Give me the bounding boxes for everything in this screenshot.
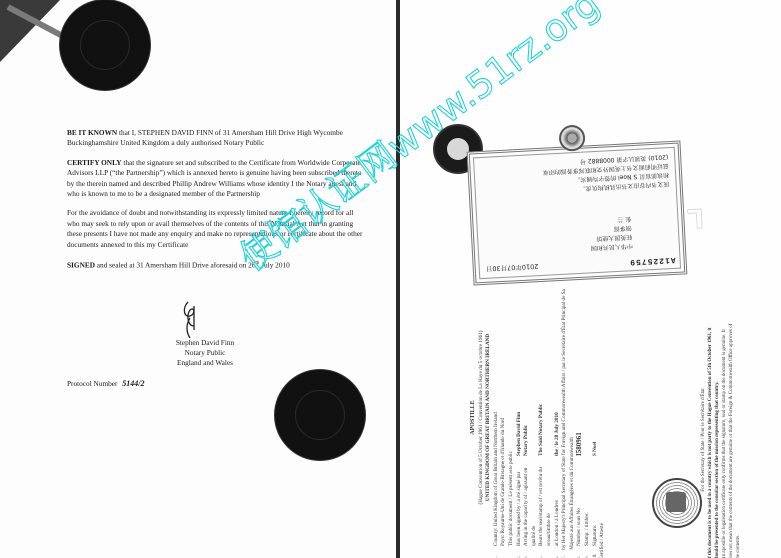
embassy-legalization-stamp: A1225759 2010年07月30日 中华人民共和国 驻英国大使馆 领事部 … (467, 140, 688, 285)
apostille-row: This public document / Le présent acte p… (508, 275, 516, 558)
row-num: 10. (592, 546, 600, 558)
row-label: at London / à Londres (554, 456, 562, 546)
row-value: Stephen David Finn (516, 412, 524, 456)
be-it-known-paragraph: BE IT KNOWN that I, STEPHEN DAVID FINN o… (67, 128, 367, 149)
notary-signature-block: Stephen David Finn Notary Public England… (150, 338, 260, 369)
row-num: 1. (493, 546, 501, 558)
signed-text: and sealed at 31 Amersham Hill Drive afo… (95, 260, 256, 269)
apostille-footer: For the Secretary of State / Pour le Sec… (700, 320, 742, 558)
signed-paragraph: SIGNED and sealed at 31 Amersham Hill Dr… (67, 259, 367, 271)
footer-note: An apostille or legalisation certificate… (721, 320, 742, 558)
row-value: S Noel (592, 442, 600, 456)
row-value: 28 July 2010 (554, 412, 562, 440)
apostille-number: I580961 (576, 432, 584, 456)
be-it-known-lead: BE IT KNOWN (67, 128, 117, 137)
row-num: 2. (516, 546, 524, 558)
apostille-row: 7.by Her Majesty's Principal Secretary o… (561, 275, 576, 558)
national-emblem-icon (558, 124, 585, 151)
seal-ring-icon (80, 20, 130, 70)
row-label: Country: United Kingdom of Great Britain… (493, 412, 501, 546)
legalization-issuer: 中华人民共和国 驻英国大使馆 领事部 张 兰 (511, 214, 633, 256)
seal-ring-icon (295, 390, 345, 440)
row-label: Acting in the capacity of / agissant en … (523, 456, 538, 546)
row-label: Pays: Royaume-Uni de Grande-Bretagne et … (500, 418, 508, 546)
row-num: 3. (523, 546, 538, 558)
row-label: Number / sous No (576, 456, 584, 546)
signature-icon (176, 300, 206, 340)
row-num (508, 546, 516, 558)
apostille-title: APOSTILLE (470, 275, 478, 558)
apostille-row: 9.Stamp: / timbre: (584, 275, 592, 558)
row-num: 7. (561, 550, 576, 558)
row-num: 5. (554, 546, 562, 558)
protocol-number: Protocol Number 5144/2 (67, 379, 145, 388)
footer-bold: If this document is to be used in a coun… (707, 320, 721, 558)
notary-seal-bottom (277, 372, 363, 458)
protocol-value: 5144/2 (122, 379, 144, 388)
notary-seal-top (62, 2, 148, 88)
row-label: the / le (554, 441, 562, 456)
row-num: 8. (576, 546, 584, 558)
signed-lead: SIGNED (67, 260, 95, 269)
row-label: Signature: (592, 456, 600, 546)
certify-lead: CERTIFY ONLY (67, 158, 122, 167)
row-label: Stamp: / timbre: (584, 456, 592, 546)
row-value: Notary Public (523, 425, 538, 456)
apostille-row: 4.Bears the seal/stamp of / est revêtu d… (538, 275, 553, 558)
apostille-country-header: UNITED KINGDOM OF GREAT BRITAIN AND NORT… (485, 275, 493, 558)
row-label: Bears the seal/stamp of / est revêtu du … (538, 456, 553, 546)
notary-jurisdiction: England and Wales (150, 358, 260, 368)
handwritten-signature (176, 300, 206, 340)
notary-name: Stephen David Finn (150, 338, 260, 348)
apostille-row: 10.Signature:S Noel (592, 275, 600, 558)
protocol-label: Protocol Number (67, 379, 117, 388)
notary-certificate-page: BE IT KNOWN that I, STEPHEN DAVID FINN o… (0, 0, 396, 558)
row-label: by Her Majesty's Principal Secretary of … (561, 275, 576, 550)
row-num (500, 546, 508, 558)
row-label: This public document / Le présent acte p… (508, 451, 516, 546)
certified-label: Certified / Attesté (599, 275, 607, 558)
row-value: The Said Notary Public (538, 404, 553, 456)
apostille-row: 3.Acting in the capacity of / agissant e… (523, 275, 538, 558)
footer-small: For the Secretary of State / Pour le Sec… (700, 320, 707, 558)
apostille-convention: (Hague Convention of 5 October 1961 / Co… (478, 275, 486, 558)
notary-title: Notary Public (150, 348, 260, 358)
apostille-row: 1.Country: United Kingdom of Great Brita… (493, 275, 501, 558)
row-num: 4. (538, 546, 553, 558)
apostille-row: 8.Number / sous NoI580961 (576, 275, 584, 558)
apostille-certificate: APOSTILLE (Hague Convention of 5 October… (470, 275, 607, 558)
fco-seal-icon (652, 478, 702, 528)
apostille-row: Pays: Royaume-Uni de Grande-Bretagne et … (500, 275, 508, 558)
row-num: 9. (584, 546, 592, 558)
apostille-row: 5.at London / à Londresthe / le 28 July … (554, 275, 562, 558)
